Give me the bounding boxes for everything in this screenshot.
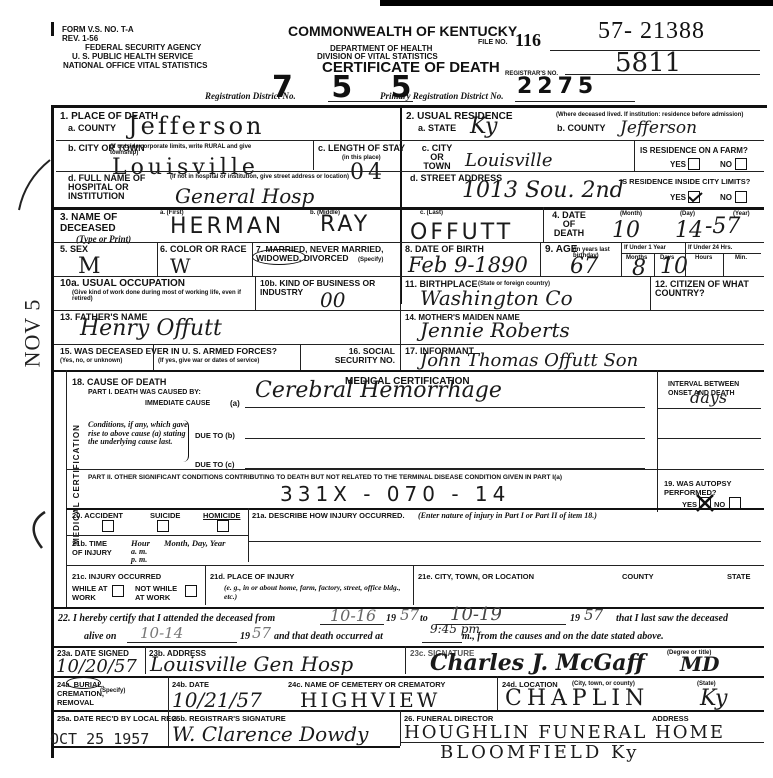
farm-question: IS RESIDENCE ON A FARM? [640, 146, 748, 155]
residence-state-label: a. STATE [418, 124, 456, 133]
under-1-year-label: If Under 1 Year [624, 245, 666, 251]
describe-injury-line [248, 541, 761, 542]
attended-from-value[interactable]: 10-16 [330, 606, 376, 625]
birthplace-value[interactable]: Washington Co [420, 286, 573, 310]
attended-to-year[interactable]: 57 [584, 606, 603, 624]
street-address-value[interactable]: 1013 Sou. 2nd [462, 178, 624, 203]
divider [540, 242, 541, 276]
injury-city-label: 21e. CITY, TOWN, OR LOCATION [418, 572, 534, 581]
first-name-value[interactable]: HERMAN [170, 214, 284, 239]
divider [413, 565, 414, 605]
death-city-label: b. CITY OR TOWN [68, 144, 112, 153]
divider [54, 344, 764, 345]
alive-year-prefix: 19 [240, 632, 250, 641]
file-no-label: FILE NO. [478, 38, 508, 47]
divider [54, 676, 764, 678]
alive-on-value[interactable]: 10-14 [140, 624, 183, 642]
primary-district-line [515, 101, 635, 102]
race-value[interactable]: W [170, 254, 191, 278]
divider [248, 508, 249, 562]
under-24-hrs-label: If Under 24 Hrs. [688, 245, 732, 251]
divider [66, 469, 764, 470]
business-value[interactable]: 00 [320, 288, 345, 312]
mother-name-value[interactable]: Jennie Roberts [420, 318, 570, 342]
due-to-b-label: DUE TO (b) [195, 431, 235, 440]
divider [66, 508, 764, 510]
file-no-prefix: 116 [515, 30, 541, 51]
death-county-label: a. COUNTY [68, 124, 116, 133]
time-line [422, 642, 462, 643]
part1-label: PART I. DEATH WAS CAUSED BY: [88, 388, 201, 397]
divider [157, 242, 158, 276]
certify-line-2-suffix: m., from the causes and on the date stat… [462, 632, 664, 641]
alive-year-value[interactable]: 57 [252, 624, 271, 642]
divider [54, 710, 764, 712]
residence-state-value[interactable]: Ky [470, 114, 497, 139]
file-no-value: 57- 21388 [598, 18, 705, 45]
death-county-value[interactable]: Jefferson [128, 112, 265, 140]
degree-label: (Degree or title) [667, 650, 711, 656]
not-while-at-work-label: NOT WHILE AT WORK [135, 584, 185, 602]
injury-state-label: STATE [727, 572, 750, 581]
city-limits-no-label: NO [720, 193, 732, 202]
margin-bracket-mark-icon [20, 510, 50, 550]
death-day-value[interactable]: 14 [675, 218, 703, 243]
date-of-death-label: 4. DATE OF DEATH [548, 211, 590, 238]
divider [621, 253, 761, 254]
widowed-circle [252, 249, 306, 265]
divider [405, 646, 406, 674]
homicide-checkbox[interactable] [217, 520, 229, 532]
armed-forces-note-1: (Yes, no, or unknown) [60, 358, 122, 364]
accident-checkbox[interactable] [102, 520, 114, 532]
cemetery-value[interactable]: HIGHVIEW [300, 688, 440, 712]
farm-no-checkbox[interactable] [735, 158, 747, 170]
funeral-director-value[interactable]: HOUGHLIN FUNERAL HOME [404, 722, 725, 743]
registrars-no-value: 5811 [615, 48, 681, 78]
location-state-value[interactable]: Ky [700, 686, 727, 711]
divider [54, 276, 764, 277]
date-of-birth-value[interactable]: Feb 9-1890 [408, 253, 528, 277]
scan-top-edge [380, 0, 773, 6]
divider [400, 310, 401, 344]
divider [650, 276, 651, 310]
city-limits-yes-checkbox[interactable] [688, 191, 700, 203]
divider [313, 140, 314, 170]
divider [723, 253, 724, 276]
interval-b-line [657, 438, 761, 439]
accident-label: 20. ACCIDENT [72, 511, 123, 520]
medical-certification-side-label: MEDICAL CERTIFICATION [72, 424, 81, 545]
death-year-value[interactable]: -57 [705, 214, 740, 239]
divider [54, 310, 764, 311]
cause-of-death-label: 18. CAUSE OF DEATH [72, 378, 166, 387]
divider [543, 207, 544, 243]
margin-date-stamp: NOV 5 [19, 299, 45, 368]
city-limits-no-checkbox[interactable] [735, 191, 747, 203]
ssn-label: 16. SOCIAL SECURITY NO. [305, 347, 395, 365]
immediate-cause-value[interactable]: Cerebral Hemorrhage [255, 378, 502, 403]
month-day-year-label: Month, Day, Year [164, 539, 225, 548]
describe-injury-note: (Enter nature of injury in Part I or Par… [418, 511, 597, 520]
homicide-label: HOMICIDE [203, 511, 241, 520]
city-limits-yes-label: YES [670, 193, 686, 202]
divider [621, 242, 622, 276]
due-to-c-label: DUE TO (c) [195, 460, 234, 469]
address-value[interactable]: Louisville Gen Hosp [150, 652, 353, 676]
divider [54, 746, 400, 748]
occupation-note: (Give kind of work done during most of w… [72, 290, 252, 302]
divider [400, 140, 764, 141]
divider [400, 742, 764, 743]
certify-line-1-suffix: that I last saw the deceased [616, 614, 728, 623]
residence-city-label: c. CITY OR TOWN [418, 144, 456, 171]
pm-label: p. m. [131, 555, 147, 564]
death-occurred-label: and that death occurred at [274, 632, 383, 641]
farm-no-label: NO [720, 160, 732, 169]
divider [657, 370, 658, 512]
divider [255, 276, 256, 310]
primary-district-label: Primary Registration District No. [380, 92, 504, 101]
last-name-label: c. (Last) [420, 210, 443, 216]
suicide-checkbox[interactable] [157, 520, 169, 532]
divider [145, 646, 146, 674]
farm-yes-checkbox[interactable] [688, 158, 700, 170]
burial-note: (Specify) [100, 688, 125, 694]
divider [153, 344, 154, 370]
informant-value[interactable]: John Thomas Offutt Son [420, 350, 638, 371]
bracket [182, 420, 189, 462]
occupation-label: 10a. USUAL OCCUPATION [60, 279, 185, 288]
divider [66, 535, 248, 536]
hospital-note: (If not in hospital or institution, give… [170, 174, 398, 180]
hospital-value[interactable]: General Hosp [175, 184, 314, 208]
divider [634, 140, 635, 171]
day-label: (Day) [680, 211, 695, 217]
location-value[interactable]: CHAPLIN [505, 686, 649, 711]
burial-date-value[interactable]: 10/21/57 [172, 688, 262, 712]
while-at-work-checkbox[interactable] [112, 585, 124, 597]
agency-line-1: FEDERAL SECURITY AGENCY [85, 43, 201, 52]
divider [54, 242, 764, 243]
immediate-cause-label: IMMEDIATE CAUSE [145, 399, 210, 408]
armed-forces-label: 15. WAS DECEASED EVER IN U. S. ARMED FOR… [60, 347, 300, 356]
not-while-at-work-checkbox[interactable] [185, 585, 197, 597]
divider [400, 710, 401, 746]
suicide-label: SUICIDE [150, 511, 180, 520]
divider [400, 276, 401, 310]
autopsy-label: 19. WAS AUTOPSY PERFORMED? [664, 479, 764, 497]
agency-line-2: U. S. PUBLIC HEALTH SERVICE [72, 52, 193, 61]
divider [685, 242, 686, 276]
citizen-label: 12. CITIZEN OF WHAT COUNTRY? [655, 280, 755, 298]
divider [66, 565, 764, 566]
divider [400, 344, 401, 370]
agency-line-3: NATIONAL OFFICE VITAL STATISTICS [63, 61, 207, 70]
length-of-stay-label: c. LENGTH OF STAY [318, 144, 405, 153]
interval-a-line [657, 408, 761, 409]
date-received-label: 25a. DATE REC'D BY LOCAL REG. [57, 714, 179, 723]
part2-label: PART II. OTHER SIGNIFICANT CONDITIONS CO… [88, 473, 562, 482]
divider [56, 140, 400, 141]
residence-city-value[interactable]: Louisville [465, 150, 552, 171]
marital-status-note: (Specify) [358, 257, 383, 263]
divider [497, 676, 498, 710]
margin-check-mark-icon [15, 150, 55, 220]
time-of-injury-label: 21b. TIME OF INJURY [72, 539, 112, 557]
physician-signature[interactable]: Charles J. McGaff [430, 650, 645, 676]
residence-county-label: b. COUNTY [557, 124, 606, 133]
divider [168, 710, 169, 746]
injury-county-label: COUNTY [622, 572, 654, 581]
armed-forces-note-2: (If yes, give war or dates of service) [158, 358, 259, 364]
divider [168, 676, 169, 710]
from-year-prefix: 19 [386, 614, 396, 623]
while-at-work-label: WHILE AT WORK [72, 584, 112, 602]
to-year-prefix: 19 [570, 614, 580, 623]
divider [400, 242, 401, 276]
divider [56, 171, 400, 172]
funeral-address-value[interactable]: BLOOMFIELD Ky [440, 742, 639, 763]
divider [54, 646, 764, 648]
to-label: to [420, 614, 428, 623]
state-title: COMMONWEALTH OF KENTUCKY [288, 24, 517, 38]
form-revision: REV. 1-56 [62, 34, 98, 43]
month-label: (Month) [620, 211, 642, 217]
cause-a-label: (a) [230, 399, 240, 408]
father-name-value[interactable]: Henry Offutt [80, 316, 222, 341]
describe-injury-label: 21a. DESCRIBE HOW INJURY OCCURRED. [252, 511, 405, 520]
death-month-value[interactable]: 10 [612, 218, 640, 243]
place-of-injury-label: 21d. PLACE OF INJURY [210, 572, 294, 581]
divider [400, 171, 764, 172]
months-value[interactable]: 8 [632, 256, 646, 281]
alive-on-label: alive on [84, 632, 117, 641]
divider [654, 253, 655, 276]
interval-value[interactable]: days [690, 388, 727, 407]
certify-line-1-prefix: 22. I hereby certify that I attended the… [58, 614, 275, 623]
divider [300, 344, 301, 370]
farm-yes-label: YES [670, 160, 686, 169]
attended-from-year[interactable]: 57 [400, 606, 419, 624]
form-number: FORM V.S. NO. T-A [62, 25, 134, 34]
injury-occurred-label: 21c. INJURY OCCURRED [72, 572, 161, 581]
part2-value[interactable]: 331X - 070 - 14 [280, 482, 510, 506]
header-bar [51, 22, 54, 36]
divider [205, 565, 206, 605]
length-of-stay-value[interactable]: 04 [350, 160, 386, 185]
minutes-label: Min. [735, 255, 747, 261]
hours-label: Hours [695, 255, 712, 261]
deceased-name-label: 3. NAME OF DECEASED [60, 212, 150, 234]
conditions-note: Conditions, if any, which gave rise to a… [88, 421, 188, 447]
middle-name-value[interactable]: RAY [320, 212, 370, 237]
cause-a-line [245, 407, 645, 408]
city-limits-question: IS RESIDENCE INSIDE CITY LIMITS? [620, 177, 750, 186]
primary-district-value: 2275 [517, 74, 598, 99]
hospital-label: d. FULL NAME OF HOSPITAL OR INSTITUTION [68, 174, 168, 201]
registrar-signature[interactable]: W. Clarence Dowdy [172, 722, 368, 746]
residence-county-value[interactable]: Jefferson [620, 118, 697, 138]
check-mark-icon [687, 190, 703, 202]
race-label: 6. COLOR OR RACE [160, 245, 247, 254]
divider [66, 370, 67, 608]
burial-circle [66, 677, 101, 689]
alive-on-line [127, 642, 237, 643]
sex-label: 5. SEX [60, 245, 88, 254]
place-of-injury-note: (e. g., in or about home, farm, factory,… [224, 583, 409, 601]
date-signed-value[interactable]: 10/20/57 [56, 656, 137, 677]
cause-b-line [245, 438, 645, 439]
